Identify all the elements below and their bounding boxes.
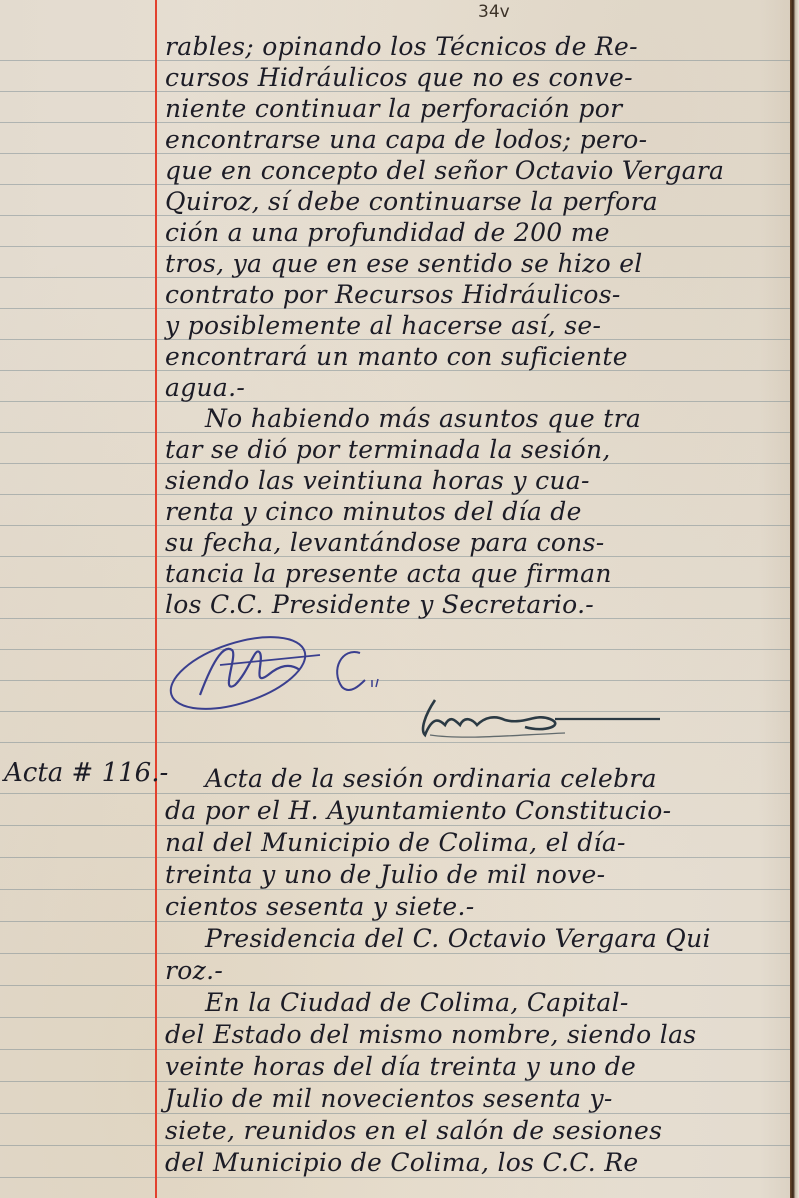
text-line: renta y cinco minutos del día de [165, 497, 790, 527]
text-line: encontrará un manto con suficiente [165, 342, 790, 372]
text-line: roz.- [165, 956, 790, 986]
text-line: tar se dió por terminada la sesión, [165, 435, 790, 465]
text-line: que en concepto del señor Octavio Vergar… [165, 156, 790, 186]
red-margin-line [155, 0, 157, 1198]
text-line: siete, reunidos en el salón de sesiones [165, 1116, 790, 1146]
text-line: No habiendo más asuntos que tra [165, 404, 799, 434]
text-line: Presidencia del C. Octavio Vergara Qui [165, 924, 799, 954]
text-line: agua.- [165, 373, 790, 403]
text-line: niente continuar la perforación por [165, 94, 790, 124]
text-line: tancia la presente acta que firman [165, 559, 790, 589]
text-line: ción a una profundidad de 200 me [165, 218, 790, 248]
text-line: cientos sesenta y siete.- [165, 892, 790, 922]
text-line: Julio de mil novecientos sesenta y- [165, 1084, 790, 1114]
rule [0, 680, 790, 681]
folio-number: 34v [478, 2, 510, 22]
notebook-page: 34v rables; opinando los Técnicos de Re-… [0, 0, 799, 1198]
text-line: rables; opinando los Técnicos de Re- [165, 32, 790, 62]
text-line: contrato por Recursos Hidráulicos- [165, 280, 790, 310]
text-line: veinte horas del día treinta y uno de [165, 1052, 790, 1082]
text-line: En la Ciudad de Colima, Capital- [165, 988, 799, 1018]
page-edge [790, 0, 799, 1198]
text-line: Quiroz, sí debe continuarse la perfora [165, 187, 790, 217]
text-line: nal del Municipio de Colima, el día- [165, 828, 790, 858]
text-line: su fecha, levantándose para cons- [165, 528, 790, 558]
text-line: siendo las veintiuna horas y cua- [165, 466, 790, 496]
text-line: los C.C. Presidente y Secretario.- [165, 590, 790, 620]
text-line: y posiblemente al hacerse así, se- [165, 311, 790, 341]
text-line: Acta de la sesión ordinaria celebra [165, 764, 799, 794]
acta-number-label: Acta # 116.- [4, 758, 168, 788]
text-line: encontrarse una capa de lodos; pero- [165, 125, 790, 155]
text-line: del Municipio de Colima, los C.C. Re [165, 1148, 790, 1178]
rule [0, 649, 790, 650]
text-line: del Estado del mismo nombre, siendo las [165, 1020, 790, 1050]
text-line: treinta y uno de Julio de mil nove- [165, 860, 790, 890]
text-line: da por el H. Ayuntamiento Constitucio- [165, 796, 790, 826]
text-line: cursos Hidráulicos que no es conve- [165, 63, 790, 93]
text-line: tros, ya que en ese sentido se hizo el [165, 249, 790, 279]
signature-presidente [160, 625, 390, 720]
signature-secretario [405, 685, 675, 755]
